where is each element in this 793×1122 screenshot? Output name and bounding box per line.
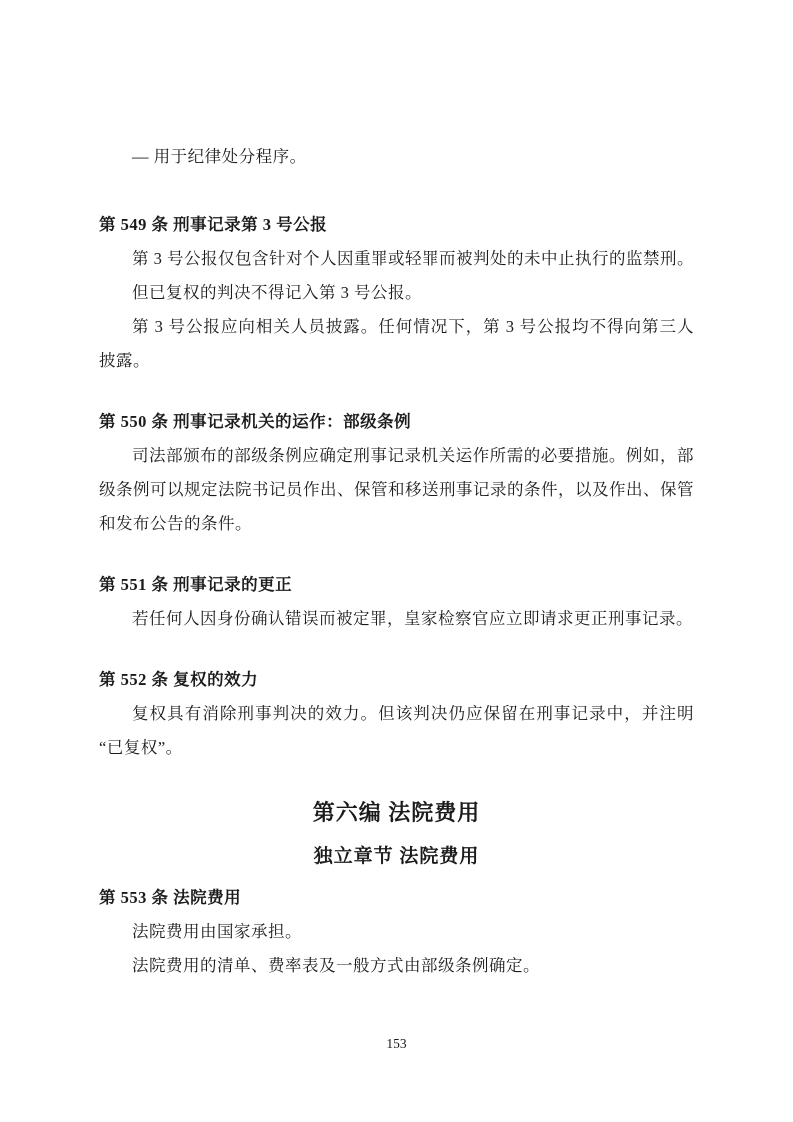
- article-549-paragraph-1: 第 3 号公报仅包含针对个人因重罪或轻罪而被判处的未中止执行的监禁刑。: [99, 242, 694, 276]
- document-page: — 用于纪律处分程序。 第 549 条 刑事记录第 3 号公报 第 3 号公报仅…: [0, 0, 793, 1122]
- article-549-paragraph-3: 第 3 号公报应向相关人员披露。任何情况下，第 3 号公报均不得向第三人披露。: [99, 310, 694, 378]
- part-6-heading: 第六编 法院费用: [99, 793, 694, 833]
- article-553-paragraph-2: 法院费用的清单、费率表及一般方式由部级条例确定。: [99, 949, 694, 983]
- article-549-title: 第 549 条 刑事记录第 3 号公报: [99, 208, 694, 242]
- article-553-title: 第 553 条 法院费用: [99, 881, 694, 915]
- article-551-title: 第 551 条 刑事记录的更正: [99, 568, 694, 602]
- article-552-title: 第 552 条 复权的效力: [99, 663, 694, 697]
- article-550-title: 第 550 条 刑事记录机关的运作：部级条例: [99, 405, 694, 439]
- article-550-paragraph-1: 司法部颁布的部级条例应确定刑事记录机关运作所需的必要措施。例如，部级条例可以规定…: [99, 439, 694, 541]
- article-551-paragraph-1: 若任何人因身份确认错误而被定罪，皇家检察官应立即请求更正刑事记录。: [99, 602, 694, 636]
- article-552-paragraph-1: 复权具有消除刑事判决的效力。但该判决仍应保留在刑事记录中，并注明“已复权”。: [99, 697, 694, 765]
- page-number: 153: [0, 1034, 793, 1054]
- list-continuation-line: — 用于纪律处分程序。: [99, 140, 694, 174]
- page-content: — 用于纪律处分程序。 第 549 条 刑事记录第 3 号公报 第 3 号公报仅…: [99, 140, 694, 983]
- chapter-heading: 独立章节 法院费用: [99, 839, 694, 875]
- article-549-paragraph-2: 但已复权的判决不得记入第 3 号公报。: [99, 276, 694, 310]
- article-553-paragraph-1: 法院费用由国家承担。: [99, 915, 694, 949]
